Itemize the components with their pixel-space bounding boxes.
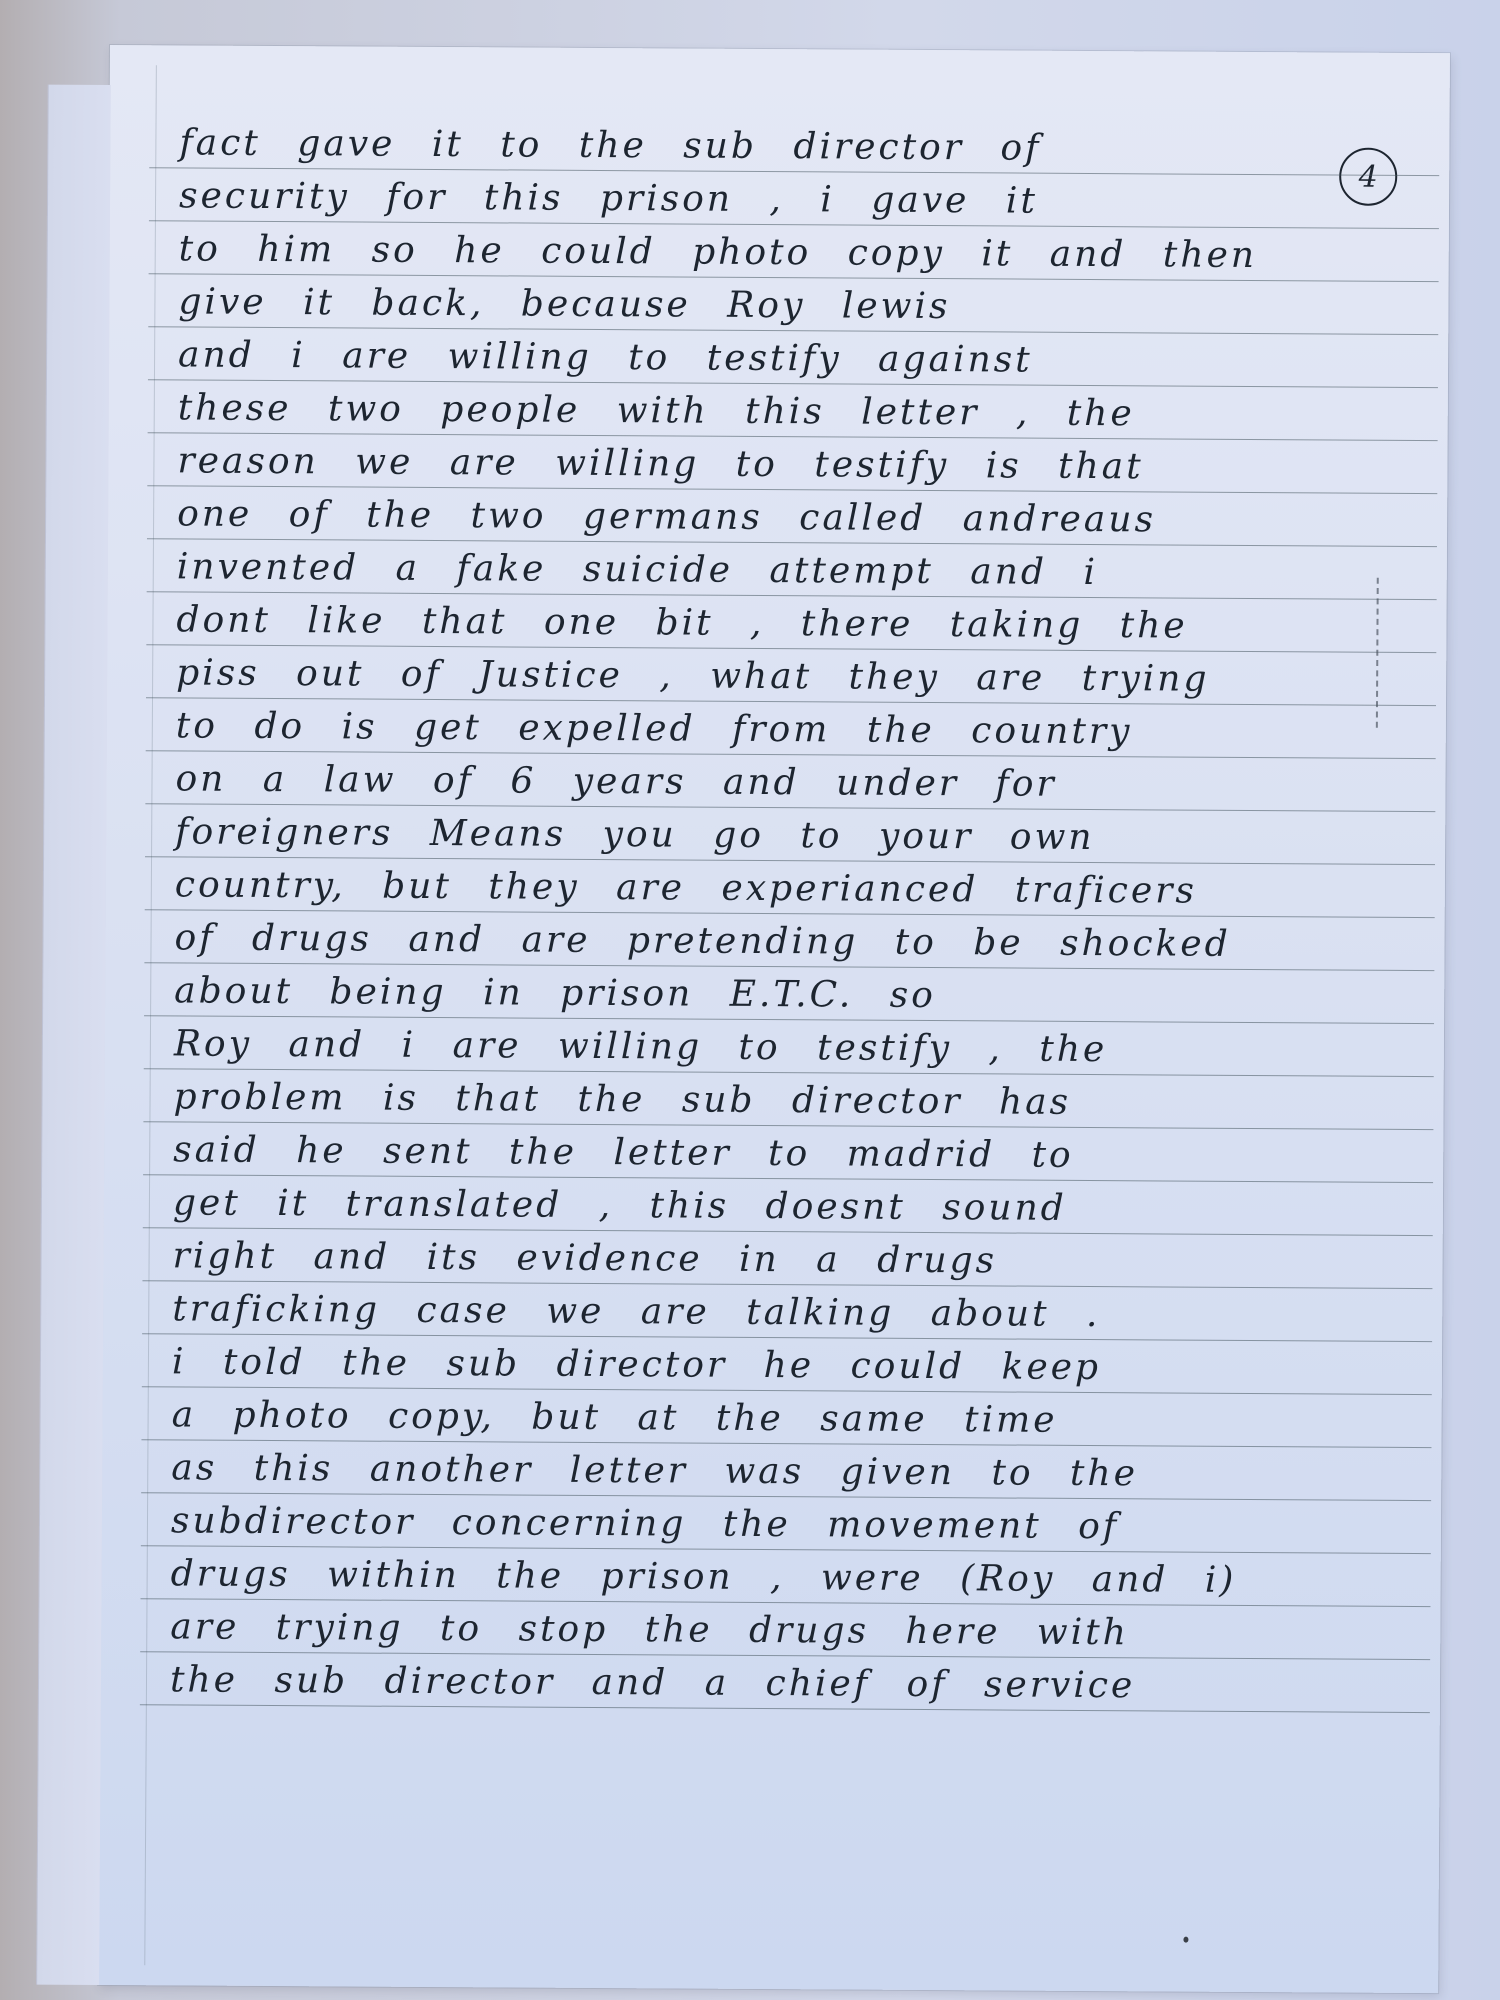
ruled-line: problem is that the sub director has: [143, 1069, 1433, 1130]
ruled-line: give it back, because Roy lewis: [148, 274, 1438, 335]
ruled-line: right and its evidence in a drugs: [142, 1228, 1432, 1289]
ruled-line: to him so he could photo copy it and the…: [149, 221, 1439, 282]
handwritten-line: country, but they are experianced trafic…: [175, 864, 1197, 911]
handwritten-line: give it back, because Roy lewis: [178, 281, 950, 327]
handwritten-line: i told the sub director he could keep: [172, 1341, 1101, 1388]
handwritten-line: security for this prison , i gave it: [179, 175, 1038, 221]
handwritten-line: are trying to stop the drugs here with: [170, 1606, 1129, 1653]
handwritten-line: fact gave it to the sub director of: [179, 122, 1041, 168]
ruled-line: subdirector concerning the movement of: [141, 1493, 1431, 1554]
ruled-line: drugs within the prison , were (Roy and …: [141, 1546, 1431, 1607]
handwritten-line: invented a fake suicide attempt and i: [177, 546, 1098, 593]
ruled-line: get it translated , this doesnt sound: [143, 1175, 1433, 1236]
ruled-line: a photo copy, but at the same time: [141, 1387, 1431, 1448]
ruled-line: security for this prison , i gave it: [149, 168, 1439, 229]
ruled-line: the sub director and a chief of service: [140, 1652, 1430, 1713]
letter-page: 4 fact gave it to the sub director of se…: [98, 45, 1450, 1993]
handwritten-line: to do is get expelled from the country: [176, 705, 1133, 752]
handwritten-body: fact gave it to the sub director of secu…: [139, 115, 1439, 1773]
handwritten-line: these two people with this letter , the: [178, 387, 1135, 434]
handwritten-line: problem is that the sub director has: [173, 1076, 1071, 1122]
handwritten-line: drugs within the prison , were (Roy and …: [171, 1553, 1237, 1601]
ruled-line: these two people with this letter , the: [148, 380, 1438, 441]
ruled-line: as this another letter was given to the: [141, 1440, 1431, 1501]
handwritten-line: to him so he could photo copy it and the…: [179, 228, 1257, 276]
stray-ink-mark: [1183, 1937, 1188, 1943]
handwritten-line: of drugs and are pretending to be shocke…: [174, 917, 1230, 964]
blank-page-area: [138, 1765, 1429, 1973]
ruled-line: fact gave it to the sub director of: [149, 115, 1439, 176]
ruled-line: traficking case we are talking about .: [142, 1281, 1432, 1342]
ruled-line: Roy and i are willing to testify , the: [144, 1016, 1434, 1077]
ruled-line: one of the two germans called andreaus: [147, 486, 1437, 547]
handwritten-line: a photo copy, but at the same time: [172, 1394, 1058, 1440]
ruled-line: foreigners Means you go to your own: [145, 804, 1435, 865]
ruled-line: about being in prison E.T.C. so: [144, 963, 1434, 1024]
handwritten-line: one of the two germans called andreaus: [177, 493, 1156, 540]
ruled-line: dont like that one bit , there taking th…: [146, 592, 1436, 653]
ruled-line: on a law of 6 years and under for: [145, 751, 1435, 812]
handwritten-line: reason we are willing to testify is that: [177, 440, 1143, 487]
handwritten-line: subdirector concerning the movement of: [171, 1500, 1119, 1547]
ruled-line: i told the sub director he could keep: [142, 1334, 1432, 1395]
handwritten-line: piss out of Justice , what they are tryi…: [176, 652, 1210, 699]
handwritten-line: get it translated , this doesnt sound: [173, 1182, 1067, 1228]
underlying-sheet-edge: [36, 85, 111, 1985]
handwritten-line: on a law of 6 years and under for: [175, 758, 1056, 804]
handwritten-line: traficking case we are talking about .: [172, 1288, 1100, 1335]
handwritten-line: right and its evidence in a drugs: [172, 1235, 997, 1281]
ruled-line: of drugs and are pretending to be shocke…: [144, 910, 1434, 971]
handwritten-line: said he sent the letter to madrid to: [173, 1129, 1074, 1175]
handwritten-line: Roy and i are willing to testify , the: [174, 1023, 1108, 1070]
handwritten-line: dont like that one bit , there taking th…: [176, 599, 1187, 646]
ruled-line: and i are willing to testify against: [148, 327, 1438, 388]
ruled-line: invented a fake suicide attempt and i: [147, 539, 1437, 600]
ruled-line: country, but they are experianced trafic…: [145, 857, 1435, 918]
ruled-line: reason we are willing to testify is that: [147, 433, 1437, 494]
handwritten-line: the sub director and a chief of service: [170, 1659, 1136, 1706]
handwritten-line: foreigners Means you go to your own: [175, 811, 1095, 858]
ruled-line: are trying to stop the drugs here with: [140, 1599, 1430, 1660]
handwritten-line: and i are willing to testify against: [178, 334, 1033, 380]
ruled-line: said he sent the letter to madrid to: [143, 1122, 1433, 1183]
handwritten-line: as this another letter was given to the: [171, 1447, 1138, 1494]
handwritten-line: about being in prison E.T.C. so: [174, 970, 936, 1016]
ruled-line: piss out of Justice , what they are tryi…: [146, 645, 1436, 706]
ruled-line: to do is get expelled from the country: [146, 698, 1436, 759]
